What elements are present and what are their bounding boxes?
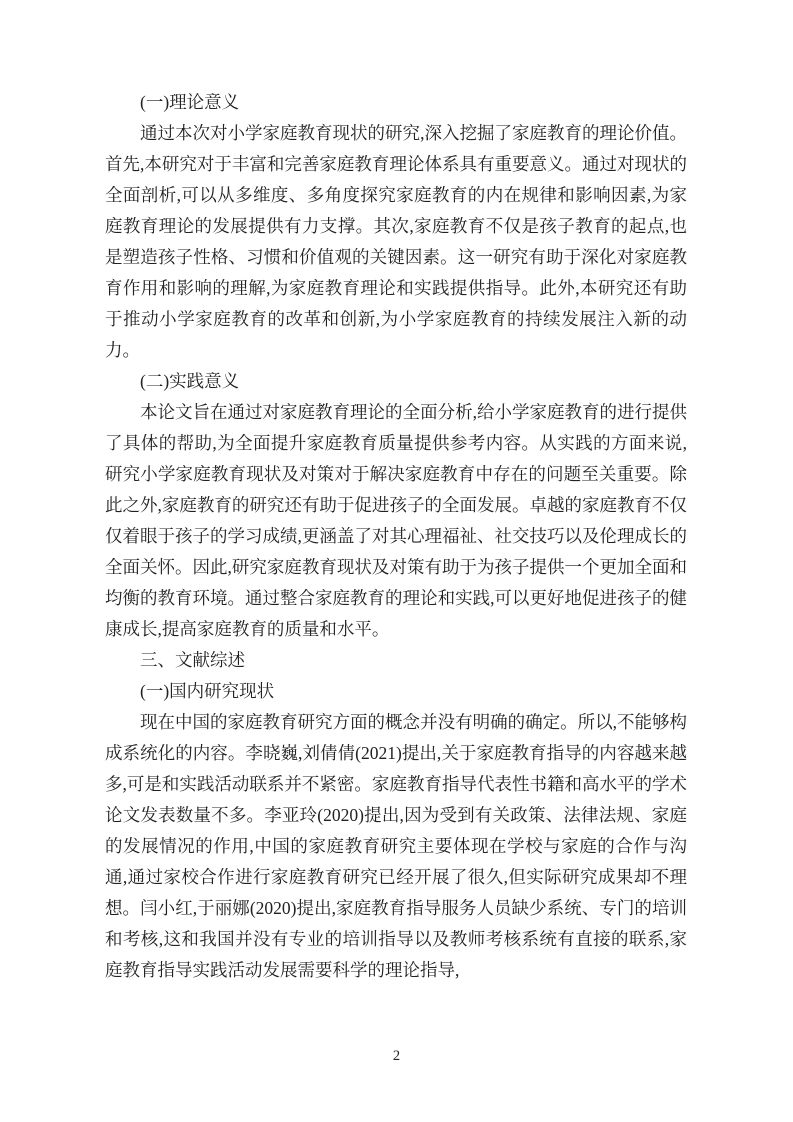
document-body: (一)理论意义通过本次对小学家庭教育现状的研究,深入挖掘了家庭教育的理论价值。首… — [105, 87, 687, 986]
section-heading: (二)实践意义 — [105, 366, 687, 397]
section-heading: 三、文献综述 — [105, 645, 687, 676]
body-paragraph: 通过本次对小学家庭教育现状的研究,深入挖掘了家庭教育的理论价值。首先,本研究对于… — [105, 118, 687, 366]
page-number: 2 — [393, 1048, 400, 1064]
document-page: (一)理论意义通过本次对小学家庭教育现状的研究,深入挖掘了家庭教育的理论价值。首… — [0, 0, 793, 1122]
section-heading: (一)国内研究现状 — [105, 676, 687, 707]
section-heading: (一)理论意义 — [105, 87, 687, 118]
page-footer: 2 — [0, 1048, 793, 1064]
body-paragraph: 现在中国的家庭教育研究方面的概念并没有明确的确定。所以,不能够构成系统化的内容。… — [105, 707, 687, 986]
body-paragraph: 本论文旨在通过对家庭教育理论的全面分析,给小学家庭教育的进行提供了具体的帮助,为… — [105, 397, 687, 645]
